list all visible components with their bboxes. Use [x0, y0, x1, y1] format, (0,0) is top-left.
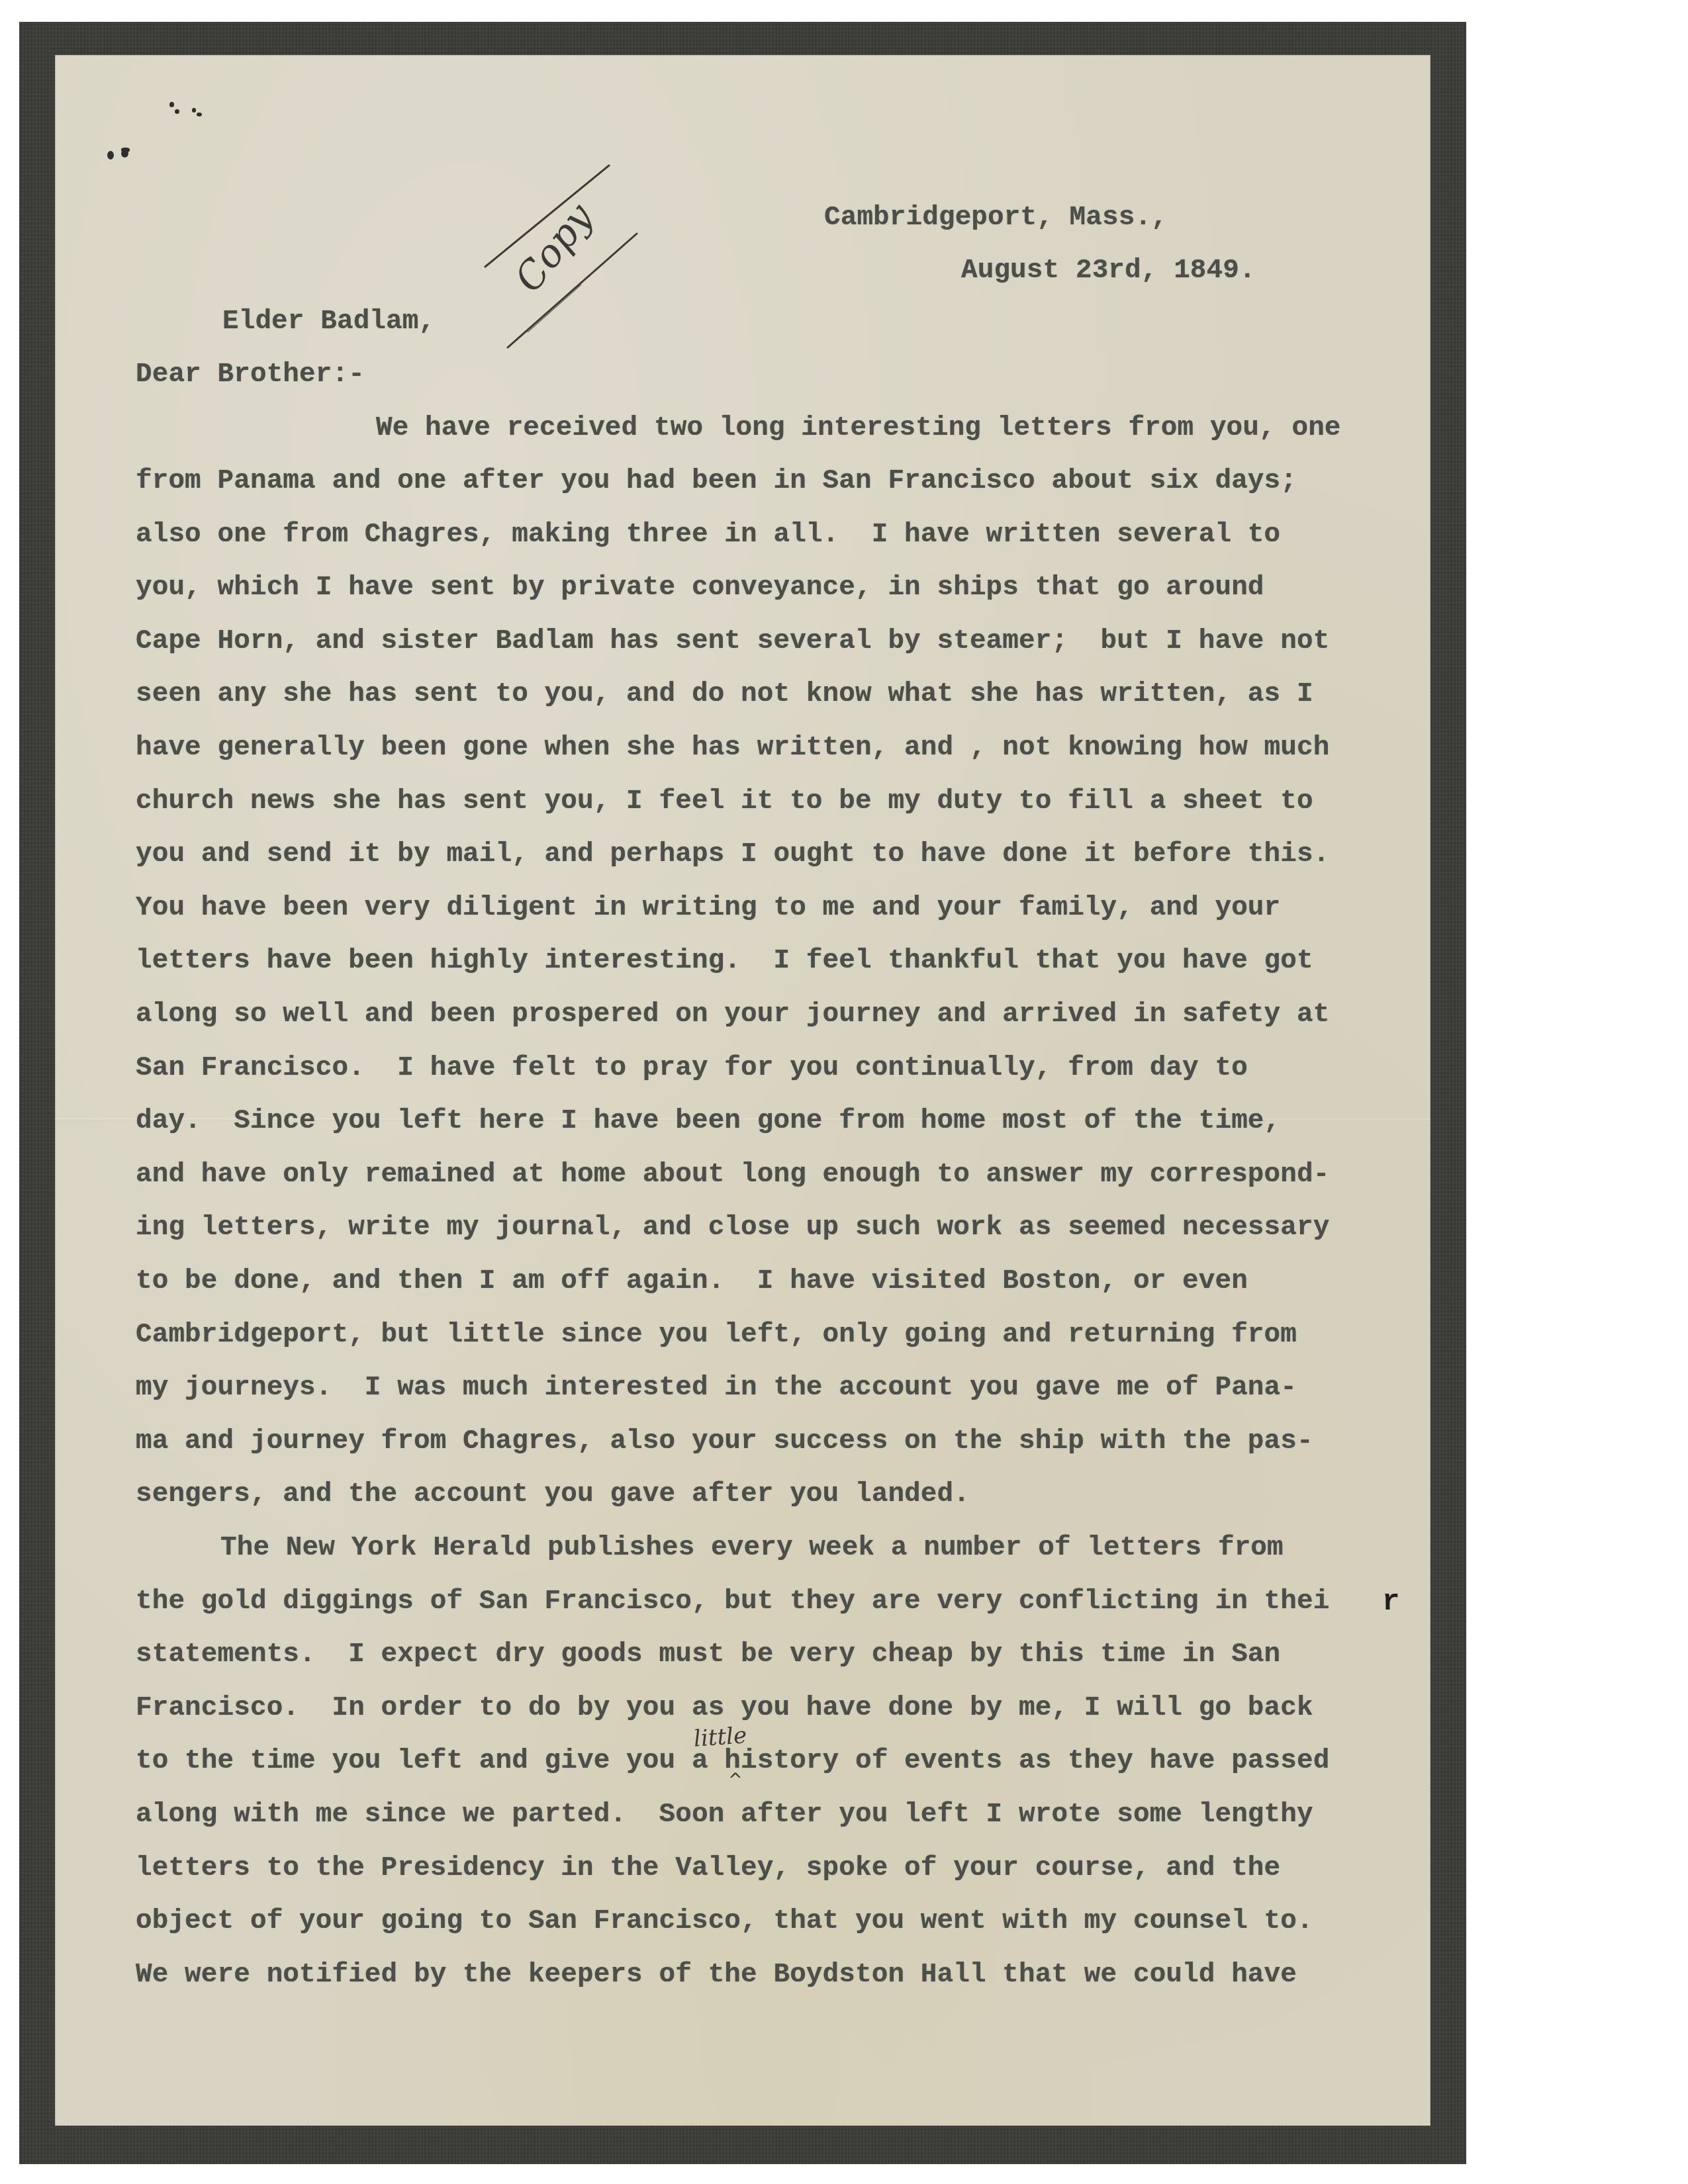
body-line: my journeys. I was much interested in th… [136, 1375, 1297, 1402]
body-line: Cape Horn, and sister Badlam has sent se… [136, 628, 1329, 655]
body-line: along with me since we parted. Soon afte… [136, 1801, 1313, 1829]
ink-dot [197, 113, 202, 116]
letter-place: Cambridgeport, Mass., [824, 205, 1168, 232]
ink-dot [192, 108, 196, 113]
body-line: sengers, and the account you gave after … [136, 1481, 970, 1508]
body-line: seen any she has sent to you, and do not… [136, 681, 1313, 708]
body-line: The New York Herald publishes every week… [220, 1535, 1284, 1562]
handwritten-insertion-little: little [693, 1722, 748, 1752]
body-line: Cambridgeport, but little since you left… [136, 1322, 1297, 1349]
body-line: you, which I have sent by private convey… [136, 574, 1264, 602]
body-line: We were notified by the keepers of the B… [136, 1962, 1297, 1989]
body-line: from Panama and one after you had been i… [136, 468, 1297, 495]
body-line: to be done, and then I am off again. I h… [136, 1268, 1248, 1295]
greeting-line: Dear Brother:- [136, 361, 365, 388]
body-line: letters have been highly interesting. I … [136, 948, 1313, 975]
body-line: ing letters, write my journal, and close… [136, 1214, 1329, 1242]
body-line: and have only remained at home about lon… [136, 1161, 1329, 1189]
body-line: You have been very diligent in writing t… [136, 895, 1280, 922]
letter-date: August 23rd, 1849. [961, 257, 1256, 285]
body-line: Francisco. In order to do by you as you … [136, 1695, 1313, 1722]
body-line: statements. I expect dry goods must be v… [136, 1641, 1280, 1668]
insertion-caret: ^ [728, 1770, 743, 1790]
body-line: church news she has sent you, I feel it … [136, 788, 1313, 815]
body-line: have generally been gone when she has wr… [136, 735, 1329, 762]
ink-dot [169, 102, 174, 107]
ink-dot [175, 109, 179, 114]
handwritten-copy-annotation: Copy [463, 146, 662, 357]
body-line: San Francisco. I have felt to pray for y… [136, 1055, 1248, 1082]
body-line: object of your going to San Francisco, t… [136, 1908, 1313, 1935]
ink-dot [107, 151, 114, 159]
ink-dot [121, 148, 130, 152]
handwritten-r-correction: r [1382, 1586, 1399, 1619]
body-line: day. Since you left here I have been gon… [136, 1108, 1280, 1135]
body-line: ma and journey from Chagres, also your s… [136, 1428, 1313, 1455]
body-line: also one from Chagres, making three in a… [136, 522, 1280, 549]
body-line: letters to the Presidency in the Valley,… [136, 1855, 1280, 1882]
body-line: you and send it by mail, and perhaps I o… [136, 841, 1329, 868]
body-line: We have received two long interesting le… [376, 415, 1341, 442]
body-line: the gold diggings of San Francisco, but … [136, 1588, 1329, 1615]
svg-text:Copy: Copy [506, 195, 602, 300]
body-line: along so well and been prospered on your… [136, 1001, 1329, 1028]
recipient-line: Elder Badlam, [222, 308, 435, 336]
